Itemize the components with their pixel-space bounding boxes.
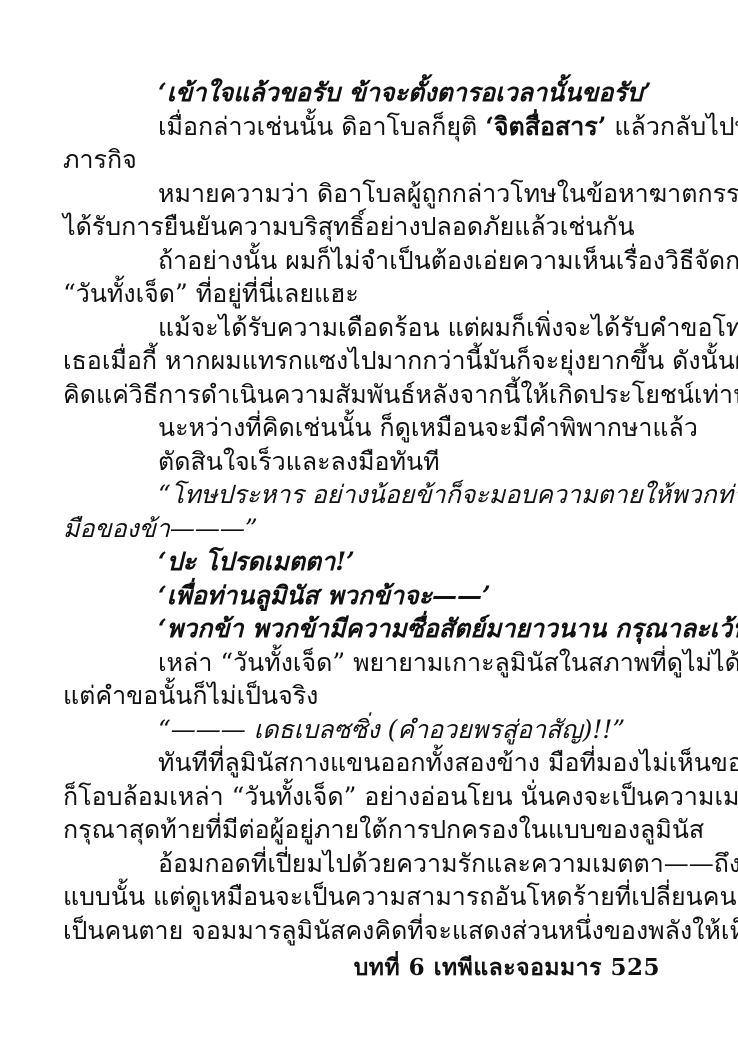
text-segment: ‘พวกข้า พวกข้ามีความซื่อสัตย์มายาวนาน กร…	[158, 614, 738, 643]
text-segment: เป็นคนตาย จอมมารลูมินัสคงคิดที่จะแสดงส่ว…	[63, 916, 738, 945]
text-line: นะหว่างที่คิดเช่นนั้น ก็ดูเหมือนจะมีคำพิ…	[63, 411, 679, 445]
text-segment: อ้อมกอดที่เปี่ยมไปด้วยความรักและความเมตต…	[158, 849, 738, 878]
text-segment: ถ้าอย่างนั้น ผมก็ไม่จำเป็นต้องเอ่ยความเห…	[158, 246, 738, 275]
text-line: ‘ปะ โปรดเมตตา!’	[63, 545, 679, 579]
text-line: “——— เดธเบลซซิ่ง (คำอวยพรสู่อาสัญ)!!”	[63, 713, 679, 747]
text-segment: ได้รับการยืนยันความบริสุทธิ์อย่างปลอดภัย…	[63, 212, 635, 241]
text-line: ทันทีที่ลูมินัสกางแขนออกทั้งสองข้าง มือท…	[63, 746, 679, 780]
text-segment: เธอเมื่อกี้ หากผมแทรกแซงไปมากกว่านี้มันก…	[63, 346, 738, 375]
page-text: ‘เข้าใจแล้วขอรับ ข้าจะตั้งตารอเวลานั้นขอ…	[63, 76, 679, 947]
text-segment: ก็โอบล้อมเหล่า “วันทั้งเจ็ด” อย่างอ่อนโย…	[63, 782, 738, 811]
text-line: “โทษประหาร อย่างน้อยข้าก็จะมอบความตายให้…	[63, 478, 679, 512]
text-segment: เมื่อกล่าวเช่นนั้น ดิอาโบลก็ยุติ	[158, 112, 485, 141]
text-line: ถ้าอย่างนั้น ผมก็ไม่จำเป็นต้องเอ่ยความเห…	[63, 244, 679, 278]
text-line: ได้รับการยืนยันความบริสุทธิ์อย่างปลอดภัย…	[63, 210, 679, 244]
text-segment: ‘ปะ โปรดเมตตา!’	[158, 547, 355, 576]
text-segment: นะหว่างที่คิดเช่นนั้น ก็ดูเหมือนจะมีคำพิ…	[158, 413, 698, 442]
text-line: แต่คำขอนั้นก็ไม่เป็นจริง	[63, 679, 679, 713]
text-segment: เหล่า “วันทั้งเจ็ด” พยายามเกาะลูมินัสในส…	[158, 648, 738, 677]
text-segment: หมายความว่า ดิอาโบลผู้ถูกกล่าวโทษในข้อหา…	[158, 179, 738, 208]
book-page: ‘เข้าใจแล้วขอรับ ข้าจะตั้งตารอเวลานั้นขอ…	[0, 0, 738, 1051]
text-line: ก็โอบล้อมเหล่า “วันทั้งเจ็ด” อย่างอ่อนโย…	[63, 780, 679, 814]
text-line: แม้จะได้รับความเดือดร้อน แต่ผมก็เพิ่งจะไ…	[63, 311, 679, 345]
text-segment: ภารกิจ	[63, 145, 137, 174]
page-footer: บทที่ 6 เทพีและจอมมาร 525	[354, 950, 660, 986]
text-line: กรุณาสุดท้ายที่มีต่อผู้อยู่ภายใต้การปกคร…	[63, 813, 679, 847]
text-line: ภารกิจ	[63, 143, 679, 177]
text-line: เธอเมื่อกี้ หากผมแทรกแซงไปมากกว่านี้มันก…	[63, 344, 679, 378]
text-segment: คิดแค่วิธีการดำเนินความสัมพันธ์หลังจากนี…	[63, 380, 738, 409]
text-segment: “โทษประหาร อย่างน้อยข้าก็จะมอบความตายให้…	[158, 480, 738, 509]
text-segment: แล้วกลับไปทำ	[606, 112, 738, 141]
text-line: แบบนั้น แต่ดูเหมือนจะเป็นความสามารถอันโห…	[63, 880, 679, 914]
text-segment: ‘จิตสื่อสาร’	[485, 112, 606, 141]
text-line: คิดแค่วิธีการดำเนินความสัมพันธ์หลังจากนี…	[63, 378, 679, 412]
text-segment: ‘เข้าใจแล้วขอรับ ข้าจะตั้งตารอเวลานั้นขอ…	[158, 78, 651, 107]
text-line: อ้อมกอดที่เปี่ยมไปด้วยความรักและความเมตต…	[63, 847, 679, 881]
text-segment: ทันทีที่ลูมินัสกางแขนออกทั้งสองข้าง มือท…	[158, 748, 738, 777]
text-line: เหล่า “วันทั้งเจ็ด” พยายามเกาะลูมินัสในส…	[63, 646, 679, 680]
text-line: ‘พวกข้า พวกข้ามีความซื่อสัตย์มายาวนาน กร…	[63, 612, 679, 646]
text-segment: แม้จะได้รับความเดือดร้อน แต่ผมก็เพิ่งจะไ…	[158, 313, 738, 342]
text-segment: “——— เดธเบลซซิ่ง (คำอวยพรสู่อาสัญ)!!”	[158, 715, 625, 744]
text-line: หมายความว่า ดิอาโบลผู้ถูกกล่าวโทษในข้อหา…	[63, 177, 679, 211]
text-segment: แบบนั้น แต่ดูเหมือนจะเป็นความสามารถอันโห…	[63, 882, 738, 911]
text-line: เมื่อกล่าวเช่นนั้น ดิอาโบลก็ยุติ ‘จิตสื่…	[63, 110, 679, 144]
text-line: เป็นคนตาย จอมมารลูมินัสคงคิดที่จะแสดงส่ว…	[63, 914, 679, 948]
text-segment: มือของข้า———”	[63, 514, 258, 543]
text-segment: กรุณาสุดท้ายที่มีต่อผู้อยู่ภายใต้การปกคร…	[63, 815, 704, 844]
text-segment: แต่คำขอนั้นก็ไม่เป็นจริง	[63, 681, 318, 710]
text-line: ‘เพื่อท่านลูมินัส พวกข้าจะ——’	[63, 579, 679, 613]
text-line: มือของข้า———”	[63, 512, 679, 546]
text-segment: ตัดสินใจเร็วและลงมือทันที	[158, 447, 440, 476]
text-segment: “วันทั้งเจ็ด” ที่อยู่ที่นี่เลยแฮะ	[63, 279, 359, 308]
text-segment: ‘เพื่อท่านลูมินัส พวกข้าจะ——’	[158, 581, 491, 610]
text-line: “วันทั้งเจ็ด” ที่อยู่ที่นี่เลยแฮะ	[63, 277, 679, 311]
text-line: ตัดสินใจเร็วและลงมือทันที	[63, 445, 679, 479]
text-line: ‘เข้าใจแล้วขอรับ ข้าจะตั้งตารอเวลานั้นขอ…	[63, 76, 679, 110]
